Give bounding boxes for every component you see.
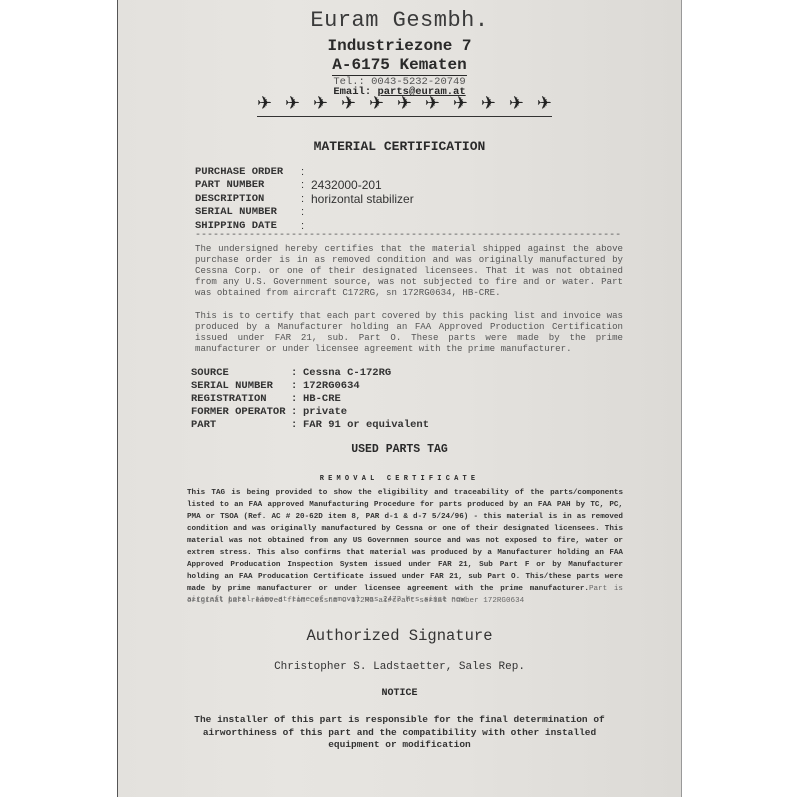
certification-paragraph-2: This is to certify that each part covere… [195,310,623,354]
notice-title: NOTICE [117,688,682,699]
spec-label: PART [191,419,291,431]
company-city: A-6175 Kematen [117,56,682,74]
removal-total-time: aircraft total time at time of removal w… [187,595,623,606]
field-label: SERIAL NUMBER [195,206,301,218]
used-parts-tag-title: USED PARTS TAG [117,443,682,456]
spec-label: SERIAL NUMBER [191,380,291,392]
spec-value: Cessna C-172RG [303,367,391,379]
spec-colon: : [291,380,303,392]
spec-colon: : [291,419,303,431]
spec-value: 172RG0634 [303,380,360,392]
spec-row: FORMER OPERATOR:private [191,405,429,418]
spec-value: FAR 91 or equivalent [303,419,429,431]
company-name: Euram Gesmbh. [117,8,682,33]
removal-certificate-title: REMOVAL CERTIFICATE [117,475,682,483]
airplane-icon: ✈ [453,94,468,114]
airplane-icon: ✈ [425,94,440,114]
airplane-icon: ✈ [341,94,356,114]
field-row: PART NUMBER:2432000-201 [195,179,414,193]
spec-label: REGISTRATION [191,393,291,405]
field-colon: : [301,206,311,218]
spec-row: REGISTRATION:HB-CRE [191,392,429,405]
field-value: 2432000-201 [311,178,382,192]
authorized-signature: Authorized Signature [117,627,682,645]
airplane-icon: ✈ [369,94,384,114]
certification-paragraph-1: The undersigned hereby certifies that th… [195,243,623,298]
spec-colon: : [291,406,303,418]
dashed-divider: ----------------------------------------… [195,230,621,241]
certification-fields: PURCHASE ORDER: PART NUMBER:2432000-201 … [195,165,414,233]
airplane-icon: ✈ [285,94,300,114]
signer-name: Christopher S. Ladstaetter, Sales Rep. [117,661,682,673]
spec-row: PART:FAR 91 or equivalent [191,418,429,431]
company-street: Industriezone 7 [117,37,682,55]
company-city-text: A-6175 Kematen [332,56,466,76]
spec-row: SOURCE:Cessna C-172RG [191,366,429,379]
spec-colon: : [291,367,303,379]
spec-label: FORMER OPERATOR [191,406,291,418]
field-value: horizontal stabilizer [311,192,414,206]
field-row: PURCHASE ORDER: [195,165,414,179]
material-certification-title: MATERIAL CERTIFICATION [117,139,682,154]
removal-body-text: This TAG is being provided to show the e… [187,489,623,593]
airplane-icon: ✈ [257,94,272,114]
spec-colon: : [291,393,303,405]
field-colon: : [301,179,311,191]
field-row: SERIAL NUMBER: [195,206,414,220]
field-row: DESCRIPTION:horizontal stabilizer [195,192,414,206]
airplane-icon: ✈ [537,94,552,114]
certificate-document: Euram Gesmbh. Industriezone 7 A-6175 Kem… [117,0,682,797]
spec-row: SERIAL NUMBER:172RG0634 [191,379,429,392]
field-colon: : [301,193,311,205]
field-label: PURCHASE ORDER [195,166,301,178]
notice-body: The installer of this part is responsibl… [117,714,682,752]
airplane-icon: ✈ [313,94,328,114]
source-specs: SOURCE:Cessna C-172RG SERIAL NUMBER:172R… [191,366,429,431]
spec-value: HB-CRE [303,393,341,405]
field-label: PART NUMBER [195,179,301,191]
airplane-icon: ✈ [509,94,524,114]
field-label: DESCRIPTION [195,193,301,205]
airplane-divider: ✈✈✈✈✈✈✈✈✈✈✈ [257,92,552,117]
field-colon: : [301,166,311,178]
airplane-icon: ✈ [397,94,412,114]
spec-label: SOURCE [191,367,291,379]
airplane-icon: ✈ [481,94,496,114]
spec-value: private [303,406,347,418]
removal-certificate-body: This TAG is being provided to show the e… [187,487,623,607]
